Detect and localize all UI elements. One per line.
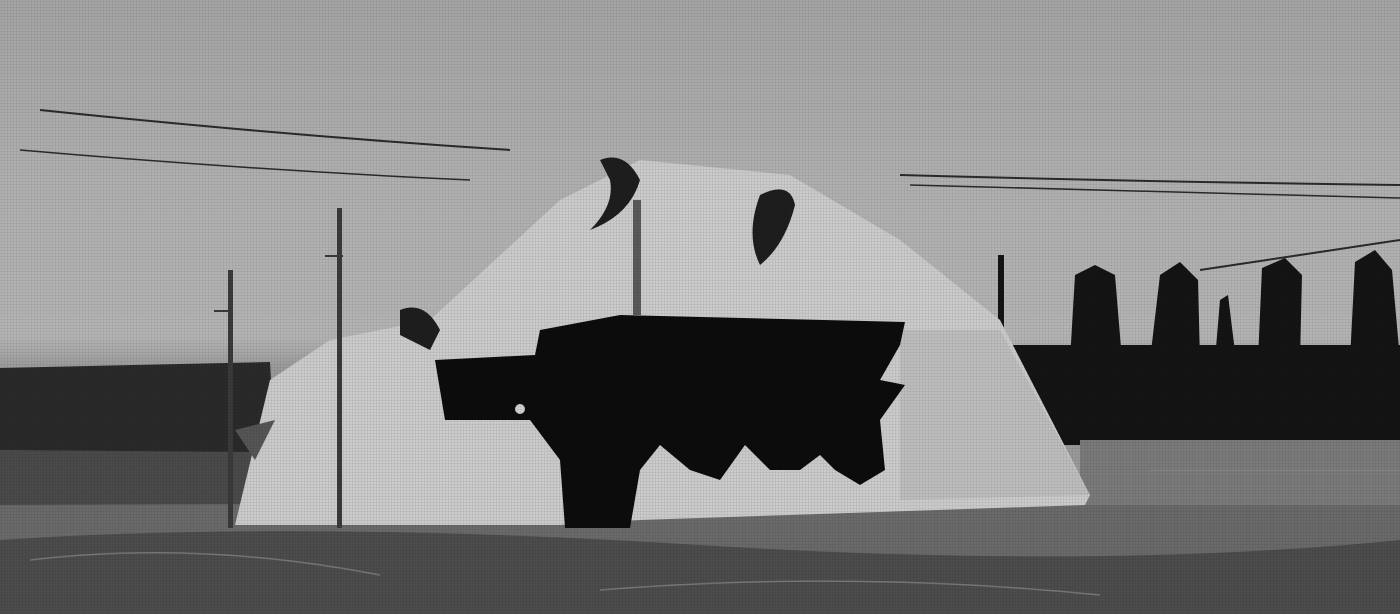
treeline (998, 250, 1400, 445)
distant-field (0, 362, 275, 455)
photo-scene (0, 0, 1400, 614)
newspaper-photo: Grainy black-and-white newspaper photogr… (0, 0, 1400, 614)
